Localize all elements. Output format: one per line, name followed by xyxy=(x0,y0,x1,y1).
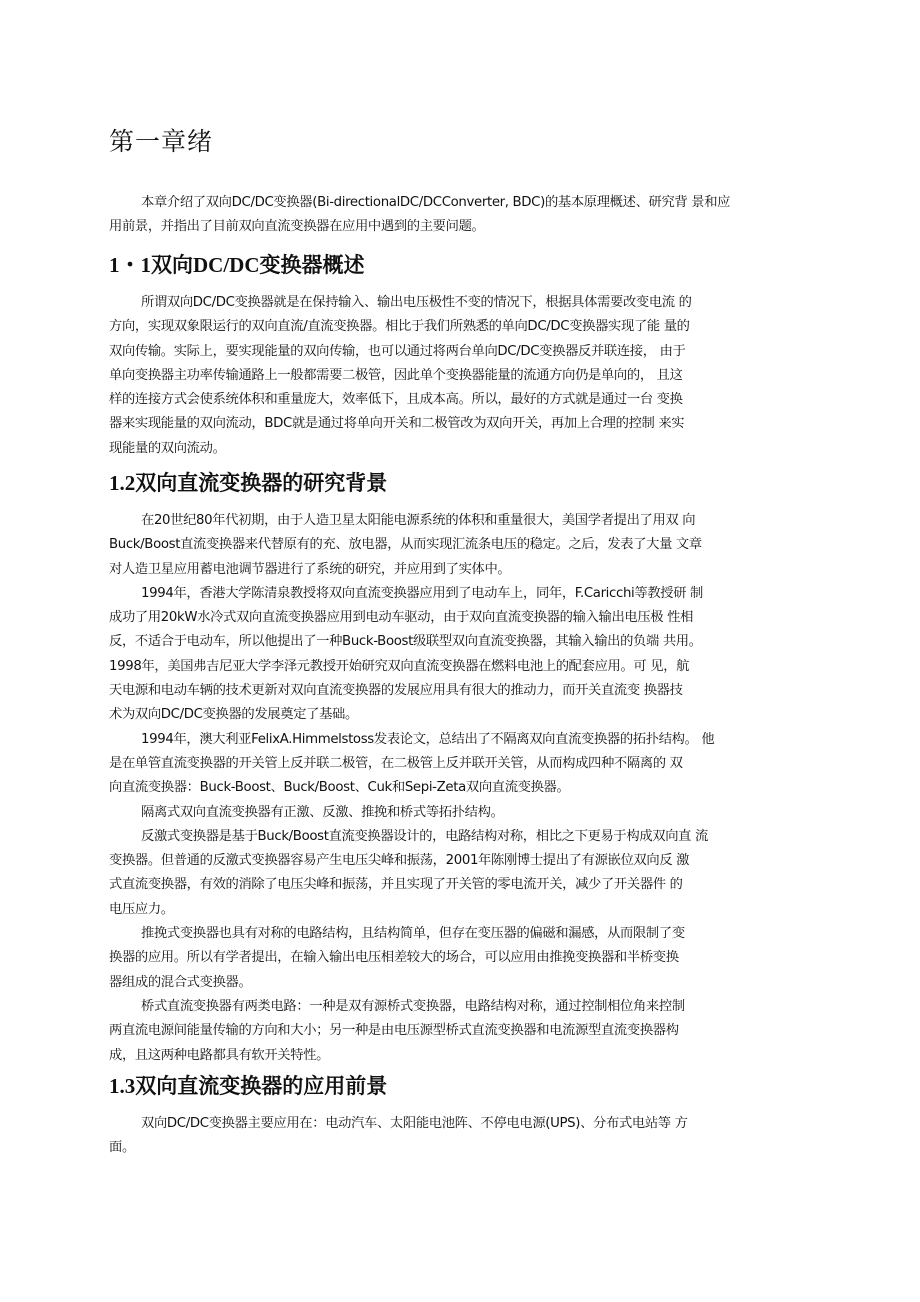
text-line: 所谓双向DC/DC变换器就是在保持输入、输出电压极性不变的情况下，根据具体需要改… xyxy=(109,291,799,315)
chapter-intro-paragraph: 本章介绍了双向DC/DC变换器(Bi-directionalDC/DCConve… xyxy=(109,191,799,240)
text-line: 天电源和电动车辆的技术更新对双向直流变换器的发展应用具有很大的推动力，而开关直流… xyxy=(109,679,799,703)
chapter-title: 第一章绪 xyxy=(109,122,213,158)
text-line: 现能量的双向流动。 xyxy=(109,437,799,461)
text-line: 式直流变换器，有效的消除了电压尖峰和振荡，并且实现了开关管的零电流开关，减少了开… xyxy=(109,873,799,897)
paragraph: 所谓双向DC/DC变换器就是在保持输入、输出电压极性不变的情况下，根据具体需要改… xyxy=(109,291,799,461)
text-line: 1994年，澳大利亚FelixA.Himmelstoss发表论文，总结出了不隔离… xyxy=(109,728,799,752)
section-heading-1-3: 1.3双向直流变换器的应用前景 xyxy=(109,1070,387,1100)
section-heading-1-2: 1.2双向直流变换器的研究背景 xyxy=(109,467,387,497)
text-line: 成功了用20kW水冷式双向直流变换器应用到电动车驱动，由于双向直流变换器的输入输… xyxy=(109,606,799,630)
text-line: 样的连接方式会使系统体积和重量庞大，效率低下，且成本高。所以，最好的方式就是通过… xyxy=(109,388,799,412)
text-line: 反激式变换器是基于Buck/Boost直流变换器设计的，电路结构对称，相比之下更… xyxy=(109,825,799,849)
text-line: 变换器。但普通的反激式变换器容易产生电压尖峰和振荡，2001年陈刚博士提出了有源… xyxy=(109,849,799,873)
paragraph: 双向DC/DC变换器主要应用在：电动汽车、太阳能电池阵、不停电电源(UPS)、分… xyxy=(109,1112,799,1161)
text-line: 推挽式变换器也具有对称的电路结构，且结构简单，但存在变压器的偏磁和漏感，从而限制… xyxy=(109,922,799,946)
text-line: 隔离式双向直流变换器有正激、反激、推挽和桥式等拓扑结构。 xyxy=(109,801,799,825)
text-line: 换器的应用。所以有学者提出，在输入输出电压相差较大的场合，可以应用由推挽变换器和… xyxy=(109,946,799,970)
text-line: 术为双向DC/DC变换器的发展奠定了基础。 xyxy=(109,703,799,727)
text-line: 1994年，香港大学陈清泉教授将双向直流变换器应用到了电动车上，同年，F.Car… xyxy=(109,582,799,606)
text-line: 面。 xyxy=(109,1136,799,1160)
text-line: 反，不适合于电动车，所以他提出了一种Buck-Boost级联型双向直流变换器，其… xyxy=(109,630,799,654)
text-line: 对人造卫星应用蓄电池调节器进行了系统的研究，并应用到了实体中。 xyxy=(109,558,799,582)
text-line: 在20世纪80年代初期，由于人造卫星太阳能电源系统的体积和重量很大，美国学者提出… xyxy=(109,509,799,533)
text-line: 电压应力。 xyxy=(109,898,799,922)
text-line: Buck/Boost直流变换器来代替原有的充、放电器，从而实现汇流条电压的稳定。… xyxy=(109,533,799,557)
text-line: 用前景，并指出了目前双向直流变换器在应用中遇到的主要问题。 xyxy=(109,215,799,239)
text-line: 器来实现能量的双向流动，BDC就是通过将单向开关和二极管改为双向开关，再加上合理… xyxy=(109,412,799,436)
text-line: 方向，实现双象限运行的双向直流/直流变换器。相比于我们所熟悉的单向DC/DC变换… xyxy=(109,315,799,339)
text-line: 桥式直流变换器有两类电路：一种是双有源桥式变换器，电路结构对称，通过控制相位角来… xyxy=(109,995,799,1019)
text-line: 双向DC/DC变换器主要应用在：电动汽车、太阳能电池阵、不停电电源(UPS)、分… xyxy=(109,1112,799,1136)
section-heading-1-1: 1・1双向DC/DC变换器概述 xyxy=(109,249,365,279)
text-line: 向直流变换器：Buck-Boost、Buck/Boost、Cuk和Sepi-Ze… xyxy=(109,776,799,800)
text-line: 双向传输。实际上，要实现能量的双向传输，也可以通过将两台单向DC/DC变换器反并… xyxy=(109,340,799,364)
paragraph: 在20世纪80年代初期，由于人造卫星太阳能电源系统的体积和重量很大，美国学者提出… xyxy=(109,509,799,1068)
text-line: 成，且这两种电路都具有软开关特性。 xyxy=(109,1044,799,1068)
text-line: 器组成的混合式变换器。 xyxy=(109,971,799,995)
text-line: 是在单管直流变换器的开关管上反并联二极管，在二极管上反并联开关管，从而构成四种不… xyxy=(109,752,799,776)
text-line: 单向变换器主功率传输通路上一般都需要二极管，因此单个变换器能量的流通方向仍是单向… xyxy=(109,364,799,388)
text-line: 两直流电源间能量传输的方向和大小；另一种是由电压源型桥式直流变换器和电流源型直流… xyxy=(109,1019,799,1043)
text-line: 1998年，美国弗吉尼亚大学李泽元教授开始研究双向直流变换器在燃料电池上的配套应… xyxy=(109,655,799,679)
text-line: 本章介绍了双向DC/DC变换器(Bi-directionalDC/DCConve… xyxy=(109,191,799,215)
